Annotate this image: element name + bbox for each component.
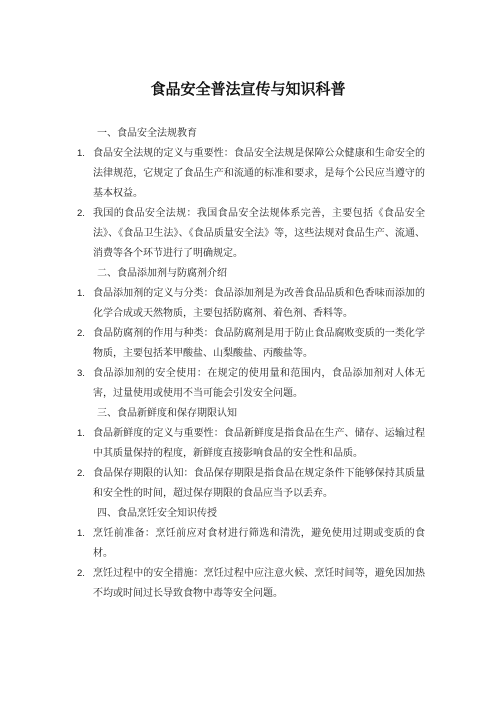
list-item-text: 食品安全法规的定义与重要性：食品安全法规是保障公众健康和生命安全的法律规范，它规…	[93, 144, 425, 204]
document-body: 一、食品安全法规教育 1. 食品安全法规的定义与重要性：食品安全法规是保障公众健…	[77, 124, 425, 604]
list-item: 2. 我国的食品安全法规：我国食品安全法规体系完善，主要包括《食品安全法》、《食…	[77, 204, 425, 264]
list-item-text: 食品添加剂的安全使用：在规定的使用量和范围内，食品添加剂对人体无害，过量使用或使…	[93, 364, 425, 404]
list-item: 1. 烹饪前准备：烹饪前应对食材进行筛选和清洗，避免使用过期或变质的食材。	[77, 524, 425, 564]
list-item: 2. 食品保存期限的认知：食品保存期限是指食品在规定条件下能够保持其质量和安全性…	[77, 464, 425, 504]
list-item-number: 1.	[77, 424, 93, 444]
list-item-number: 2.	[77, 324, 93, 344]
list-item: 1. 食品添加剂的定义与分类：食品添加剂是为改善食品品质和色香味而添加的化学合成…	[77, 284, 425, 324]
list-item-text: 我国的食品安全法规：我国食品安全法规体系完善，主要包括《食品安全法》、《食品卫生…	[93, 204, 425, 264]
list-item-text: 烹饪前准备：烹饪前应对食材进行筛选和清洗，避免使用过期或变质的食材。	[93, 524, 425, 564]
section-heading: 一、食品安全法规教育	[77, 124, 425, 144]
list-item-text: 食品添加剂的定义与分类：食品添加剂是为改善食品品质和色香味而添加的化学合成或天然…	[93, 284, 425, 324]
list-item-number: 3.	[77, 364, 93, 384]
list-item-text: 食品保存期限的认知：食品保存期限是指食品在规定条件下能够保持其质量和安全性的时间…	[93, 464, 425, 504]
list-item-number: 1.	[77, 524, 93, 544]
list-item: 2. 食品防腐剂的作用与种类：食品防腐剂是用于防止食品腐败变质的一类化学物质，主…	[77, 324, 425, 364]
page-title: 食品安全普法宣传与知识科普	[0, 0, 496, 100]
section-heading: 三、食品新鲜度和保存期限认知	[77, 404, 425, 424]
list-item-number: 2.	[77, 204, 93, 224]
list-item: 1. 食品新鲜度的定义与重要性：食品新鲜度是指食品在生产、储存、运输过程中其质量…	[77, 424, 425, 464]
list-item: 2. 烹饪过程中的安全措施：烹饪过程中应注意火候、烹饪时间等，避免因加热不均或时…	[77, 564, 425, 604]
list-item-number: 2.	[77, 564, 93, 584]
list-item-number: 1.	[77, 284, 93, 304]
list-item: 1. 食品安全法规的定义与重要性：食品安全法规是保障公众健康和生命安全的法律规范…	[77, 144, 425, 204]
list-item-text: 烹饪过程中的安全措施：烹饪过程中应注意火候、烹饪时间等，避免因加热不均或时间过长…	[93, 564, 425, 604]
list-item-number: 2.	[77, 464, 93, 484]
section-heading: 二、食品添加剂与防腐剂介绍	[77, 264, 425, 284]
list-item-text: 食品新鲜度的定义与重要性：食品新鲜度是指食品在生产、储存、运输过程中其质量保持的…	[93, 424, 425, 464]
list-item-text: 食品防腐剂的作用与种类：食品防腐剂是用于防止食品腐败变质的一类化学物质，主要包括…	[93, 324, 425, 364]
section-heading: 四、食品烹饪安全知识传授	[77, 504, 425, 524]
document-page: 食品安全普法宣传与知识科普 一、食品安全法规教育 1. 食品安全法规的定义与重要…	[0, 0, 496, 702]
list-item-number: 1.	[77, 144, 93, 164]
list-item: 3. 食品添加剂的安全使用：在规定的使用量和范围内，食品添加剂对人体无害，过量使…	[77, 364, 425, 404]
